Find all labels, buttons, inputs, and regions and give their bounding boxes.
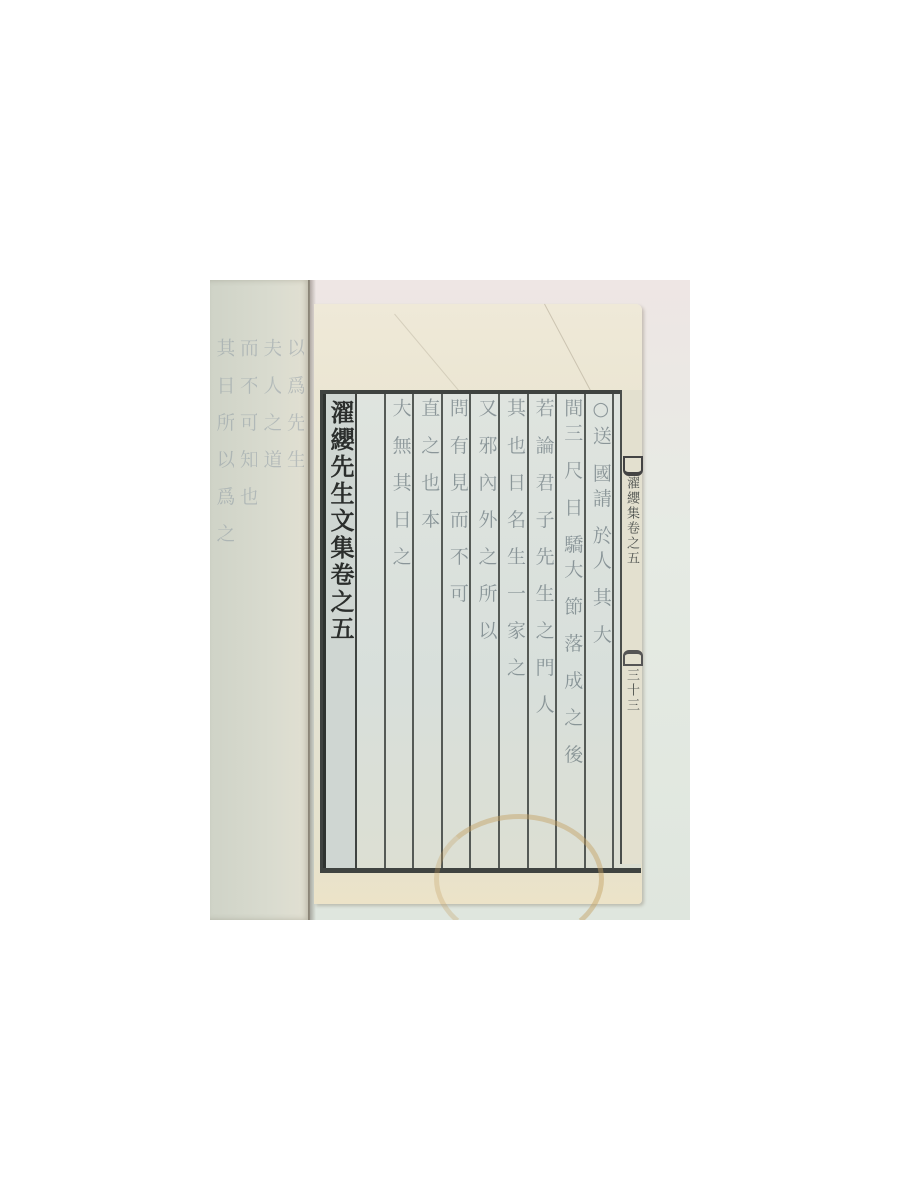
text-column: 問 有 見 而 不 可 [441,394,470,868]
left-facing-page: 其 日 所 以 爲 之 而 不 可 知 也 夫 人 之 道 以 爲 先 生 [210,280,310,920]
text-column: 其 也 日 名 生 一 家 之 [498,394,527,868]
printed-frame: 濯纓先生文集卷之五 序 ○送 國請 於人 其 大 間三 尺 日 驕大 節 落 成… [320,390,641,873]
volume-title: 濯纓先生文集卷之五 [327,400,353,643]
paper-crease [544,304,597,402]
text-column [357,394,384,868]
center-fold-panel: 濯纓集卷之五 三十三 [620,390,642,864]
text-column: 間三 尺 日 驕大 節 落 成 之 後 [555,394,584,868]
fold-title: 濯纓集卷之五 [624,476,639,566]
fishtail-mark-icon [623,456,643,476]
title-column: 濯纓先生文集卷之五 [323,394,357,868]
bleed-through-column: 其 日 所 以 爲 之 [216,338,234,798]
fishtail-mark-icon [623,650,643,666]
text-column: 直 之 也 本 [412,394,441,868]
fold-page-number: 三十三 [624,668,639,713]
book-photo: 其 日 所 以 爲 之 而 不 可 知 也 夫 人 之 道 以 爲 先 生 濯纓… [210,280,690,920]
bleed-through-column: 而 不 可 知 也 [240,338,258,798]
bleed-through-text: 其 日 所 以 爲 之 而 不 可 知 也 夫 人 之 道 以 爲 先 生 [216,338,304,798]
text-column: 若 論 君 子 先 生 之 門 人 [527,394,556,868]
text-column: ○送 國請 於人 其 大 [584,394,613,868]
right-page: 濯纓先生文集卷之五 序 ○送 國請 於人 其 大 間三 尺 日 驕大 節 落 成… [314,304,642,904]
bleed-through-column: 夫 人 之 道 [263,338,281,798]
text-column: 又 邪 內 外 之 所 以 [469,394,498,868]
bleed-through-column: 以 爲 先 生 [287,338,305,798]
text-column: 大 無 其 日 之 [384,394,413,868]
text-columns: 序 ○送 國請 於人 其 大 間三 尺 日 驕大 節 落 成 之 後 若 論 君… [357,394,641,868]
